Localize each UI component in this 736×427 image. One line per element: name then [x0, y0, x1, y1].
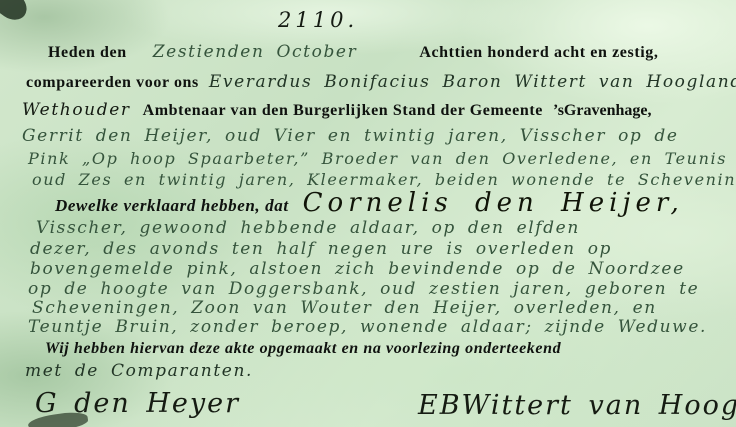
handwritten-decl4: op de hoogte van Doggersbank, oud zestie…	[28, 279, 699, 299]
handwritten-witness1: Gerrit den Heijer, oud Vier en twintig j…	[22, 126, 679, 146]
corner-ink-smudge	[0, 0, 32, 25]
printed-closing: Wij hebben hiervan deze akte opgemaakt e…	[45, 340, 561, 358]
printed-dewelke: Dewelke verklaard hebben, dat	[55, 196, 289, 215]
handwritten-registrar-name: Everardus Bonifacius Baron Wittert van H…	[209, 72, 736, 92]
handwritten-decl6: Teuntje Bruin, zonder beroep, wonende al…	[28, 317, 707, 337]
printed-city-blackletter: ’sGravenhage,	[553, 102, 652, 119]
handwritten-decl1: Visscher, gewoond hebbende aldaar, op de…	[36, 218, 580, 238]
handwritten-decl5: Scheveningen, Zoon van Wouter den Heijer…	[32, 298, 657, 318]
printed-heden-den: Heden den	[48, 44, 127, 61]
handwritten-date: Zestienden October	[153, 42, 358, 62]
death-certificate-scan: 2110. Heden den Zestienden October Achtt…	[0, 0, 736, 427]
handwritten-decl2: dezer, des avonds ten half negen ure is …	[30, 239, 612, 259]
handwritten-ship-and-witness2: Pink „Op hoop Spaarbeter,” Broeder van d…	[28, 149, 736, 168]
handwritten-comparanten: met de Comparanten.	[25, 361, 253, 381]
printed-compareerden: compareerden voor ons	[26, 74, 199, 91]
handwritten-wethouder: Wethouder	[22, 100, 131, 120]
signature-witness: G den Heyer	[35, 388, 240, 419]
handwritten-witness2-details: oud Zes en twintig jaren, Kleermaker, be…	[32, 170, 736, 189]
act-number: 2110.	[278, 8, 358, 32]
printed-year: Achttien honderd acht en zestig,	[419, 44, 658, 61]
signature-registrar: EBWittert van Hoogland	[418, 390, 736, 421]
handwritten-deceased-name: Cornelis den Heijer,	[303, 188, 684, 218]
printed-ambtenaar: Ambtenaar van den Burgerlijken Stand der…	[143, 102, 543, 119]
handwritten-decl3: bovengemelde pink, alstoen zich bevinden…	[30, 259, 685, 279]
